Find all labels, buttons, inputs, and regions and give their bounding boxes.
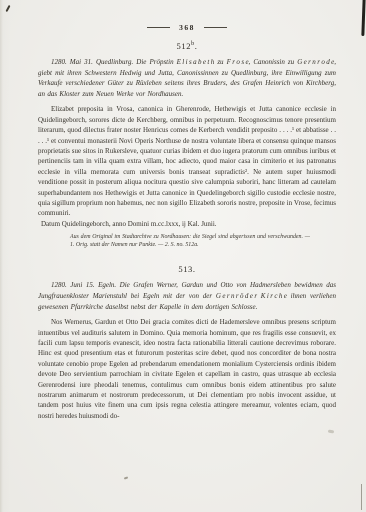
datum-line-512b: Datum Quidelingeborch, anno Domini m.cc.…: [38, 219, 336, 229]
header-rule-right-icon: [204, 27, 227, 28]
source-footnote-512b: Aus dem Original im Stadtarchive zu Nord…: [70, 234, 310, 249]
scan-artifact-smudge: [328, 430, 334, 434]
charter-latin-text-512b: Elizabet preposita in Vrosa, canonica in…: [38, 104, 336, 218]
regest-summary-513: 1280. Juni 15. Egeln. Die Grafen Werner,…: [38, 280, 336, 312]
page-header: 368: [38, 23, 336, 32]
entry-number-period: .: [195, 41, 198, 51]
charter-entry-513: 513. 1280. Juni 15. Egeln. Die Grafen We…: [38, 264, 336, 421]
page-number: 368: [179, 23, 195, 32]
charter-entry-512b: 512b. 1280. Mai 31. Quedlinburg. Die Prö…: [38, 41, 336, 249]
scanned-book-page: 368 512b. 1280. Mai 31. Quedlinburg. Die…: [0, 0, 366, 512]
entry-number-heading-512b: 512b.: [38, 41, 336, 51]
regest-summary-512b: 1280. Mai 31. Quedlinburg. Die Pröpstin …: [38, 57, 336, 99]
charter-latin-text-513: Nos Wernerus, Gardun et Otto Dei gracia …: [38, 317, 336, 421]
page-content: 368 512b. 1280. Mai 31. Quedlinburg. Die…: [0, 0, 366, 421]
header-rule-left-icon: [147, 27, 170, 28]
entry-number-heading-513: 513.: [38, 264, 336, 274]
entry-number-period: .: [193, 264, 196, 274]
scan-artifact-edge-line: [361, 484, 362, 510]
scan-artifact-speck: [124, 476, 128, 479]
entry-number-text: 513: [178, 264, 193, 274]
entry-number-text: 512: [177, 41, 192, 51]
